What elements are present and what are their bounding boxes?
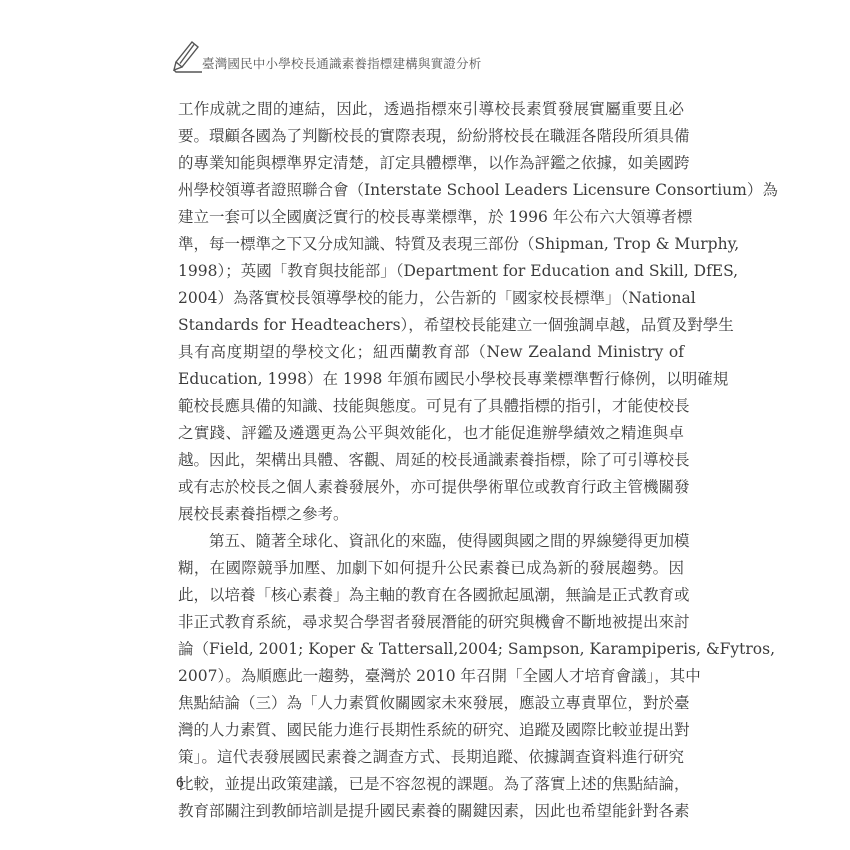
text-line: 或有志於校長之個人素養發展外，亦可提供學術單位或教育行政主管機關發 (178, 474, 684, 501)
text-line: 州學校領導者證照聯合會（Interstate School Leaders Li… (178, 177, 684, 204)
paragraph: 第五、隨著全球化、資訊化的來臨，使得國與國之間的界線變得更加模 糊，在國際競爭加… (178, 528, 684, 825)
text-line: Standards for Headteachers），希望校長能建立一個強調卓… (178, 312, 684, 339)
text-line: 非正式教育系統，尋求契合學習者發展潛能的研究與機會不斷地被提出來討 (178, 609, 684, 636)
text-line: 教育部關注到教師培訓是提升國民素養的關鍵因素，因此也希望能針對各素 (178, 798, 684, 825)
text-line: 工作成就之間的連結，因此，透過指標來引導校長素質發展實屬重要且必 (178, 96, 684, 123)
text-line: 越。因此，架構出具體、客觀、周延的校長通識素養指標，除了可引導校長 (178, 447, 684, 474)
text-line: 灣的人力素質、國民能力進行長期性系統的研究、追蹤及國際比較並提出對 (178, 717, 684, 744)
text-line: 第五、隨著全球化、資訊化的來臨，使得國與國之間的界線變得更加模 (178, 528, 684, 555)
body-text: 工作成就之間的連結，因此，透過指標來引導校長素質發展實屬重要且必 要。環顧各國為… (178, 96, 684, 825)
pencil-icon (172, 40, 202, 74)
document-page: 臺灣國民中小學校長通識素養指標建構與實證分析 工作成就之間的連結，因此，透過指標… (0, 0, 850, 850)
text-line: 2007）。為順應此一趨勢，臺灣於 2010 年召開「全國人才培育會議」，其中 (178, 663, 684, 690)
text-line: 範校長應具備的知識、技能與態度。可見有了具體指標的指引，才能使校長 (178, 393, 684, 420)
text-line: 焦點結論（三）為「人力素質攸關國家未來發展，應設立專責單位，對於臺 (178, 690, 684, 717)
text-line: 論（Field, 2001; Koper & Tattersall,2004; … (178, 636, 684, 663)
page-number: 6 (176, 774, 184, 790)
text-line: 之實踐、評鑑及遴選更為公平與效能化，也才能促進辦學績效之精進與卓 (178, 420, 684, 447)
text-line: 的專業知能與標準界定清楚，訂定具體標準，以作為評鑑之依據，如美國跨 (178, 150, 684, 177)
book-title: 臺灣國民中小學校長通識素養指標建構與實證分析 (202, 54, 481, 74)
text-line: 糊，在國際競爭加壓、加劇下如何提升公民素養已成為新的發展趨勢。因 (178, 555, 684, 582)
text-line: 具有高度期望的學校文化；紐西蘭教育部（New Zealand Ministry … (178, 339, 684, 366)
text-line: 建立一套可以全國廣泛實行的校長專業標準，於 1996 年公布六大領導者標 (178, 204, 684, 231)
text-line: 策」。這代表發展國民素養之調查方式、長期追蹤、依據調查資料進行研究 (178, 744, 684, 771)
paragraph: 工作成就之間的連結，因此，透過指標來引導校長素質發展實屬重要且必 要。環顧各國為… (178, 96, 684, 528)
text-line: 比較，並提出政策建議，已是不容忽視的課題。為了落實上述的焦點結論， (178, 771, 684, 798)
text-line: 2004）為落實校長領導學校的能力，公告新的「國家校長標準」（National (178, 285, 684, 312)
text-line: 準，每一標準之下又分成知識、特質及表現三部份（Shipman, Trop & M… (178, 231, 684, 258)
text-line: 要。環顧各國為了判斷校長的實際表現，紛紛將校長在職涯各階段所須具備 (178, 123, 684, 150)
text-line: Education, 1998）在 1998 年頒布國民小學校長專業標準暫行條例… (178, 366, 684, 393)
text-line: 1998）；英國「教育與技能部」（Department for Educatio… (178, 258, 684, 285)
running-header: 臺灣國民中小學校長通識素養指標建構與實證分析 (172, 38, 481, 74)
text-line: 此，以培養「核心素養」為主軸的教育在各國掀起風潮，無論是正式教育或 (178, 582, 684, 609)
text-line: 展校長素養指標之參考。 (178, 501, 684, 528)
